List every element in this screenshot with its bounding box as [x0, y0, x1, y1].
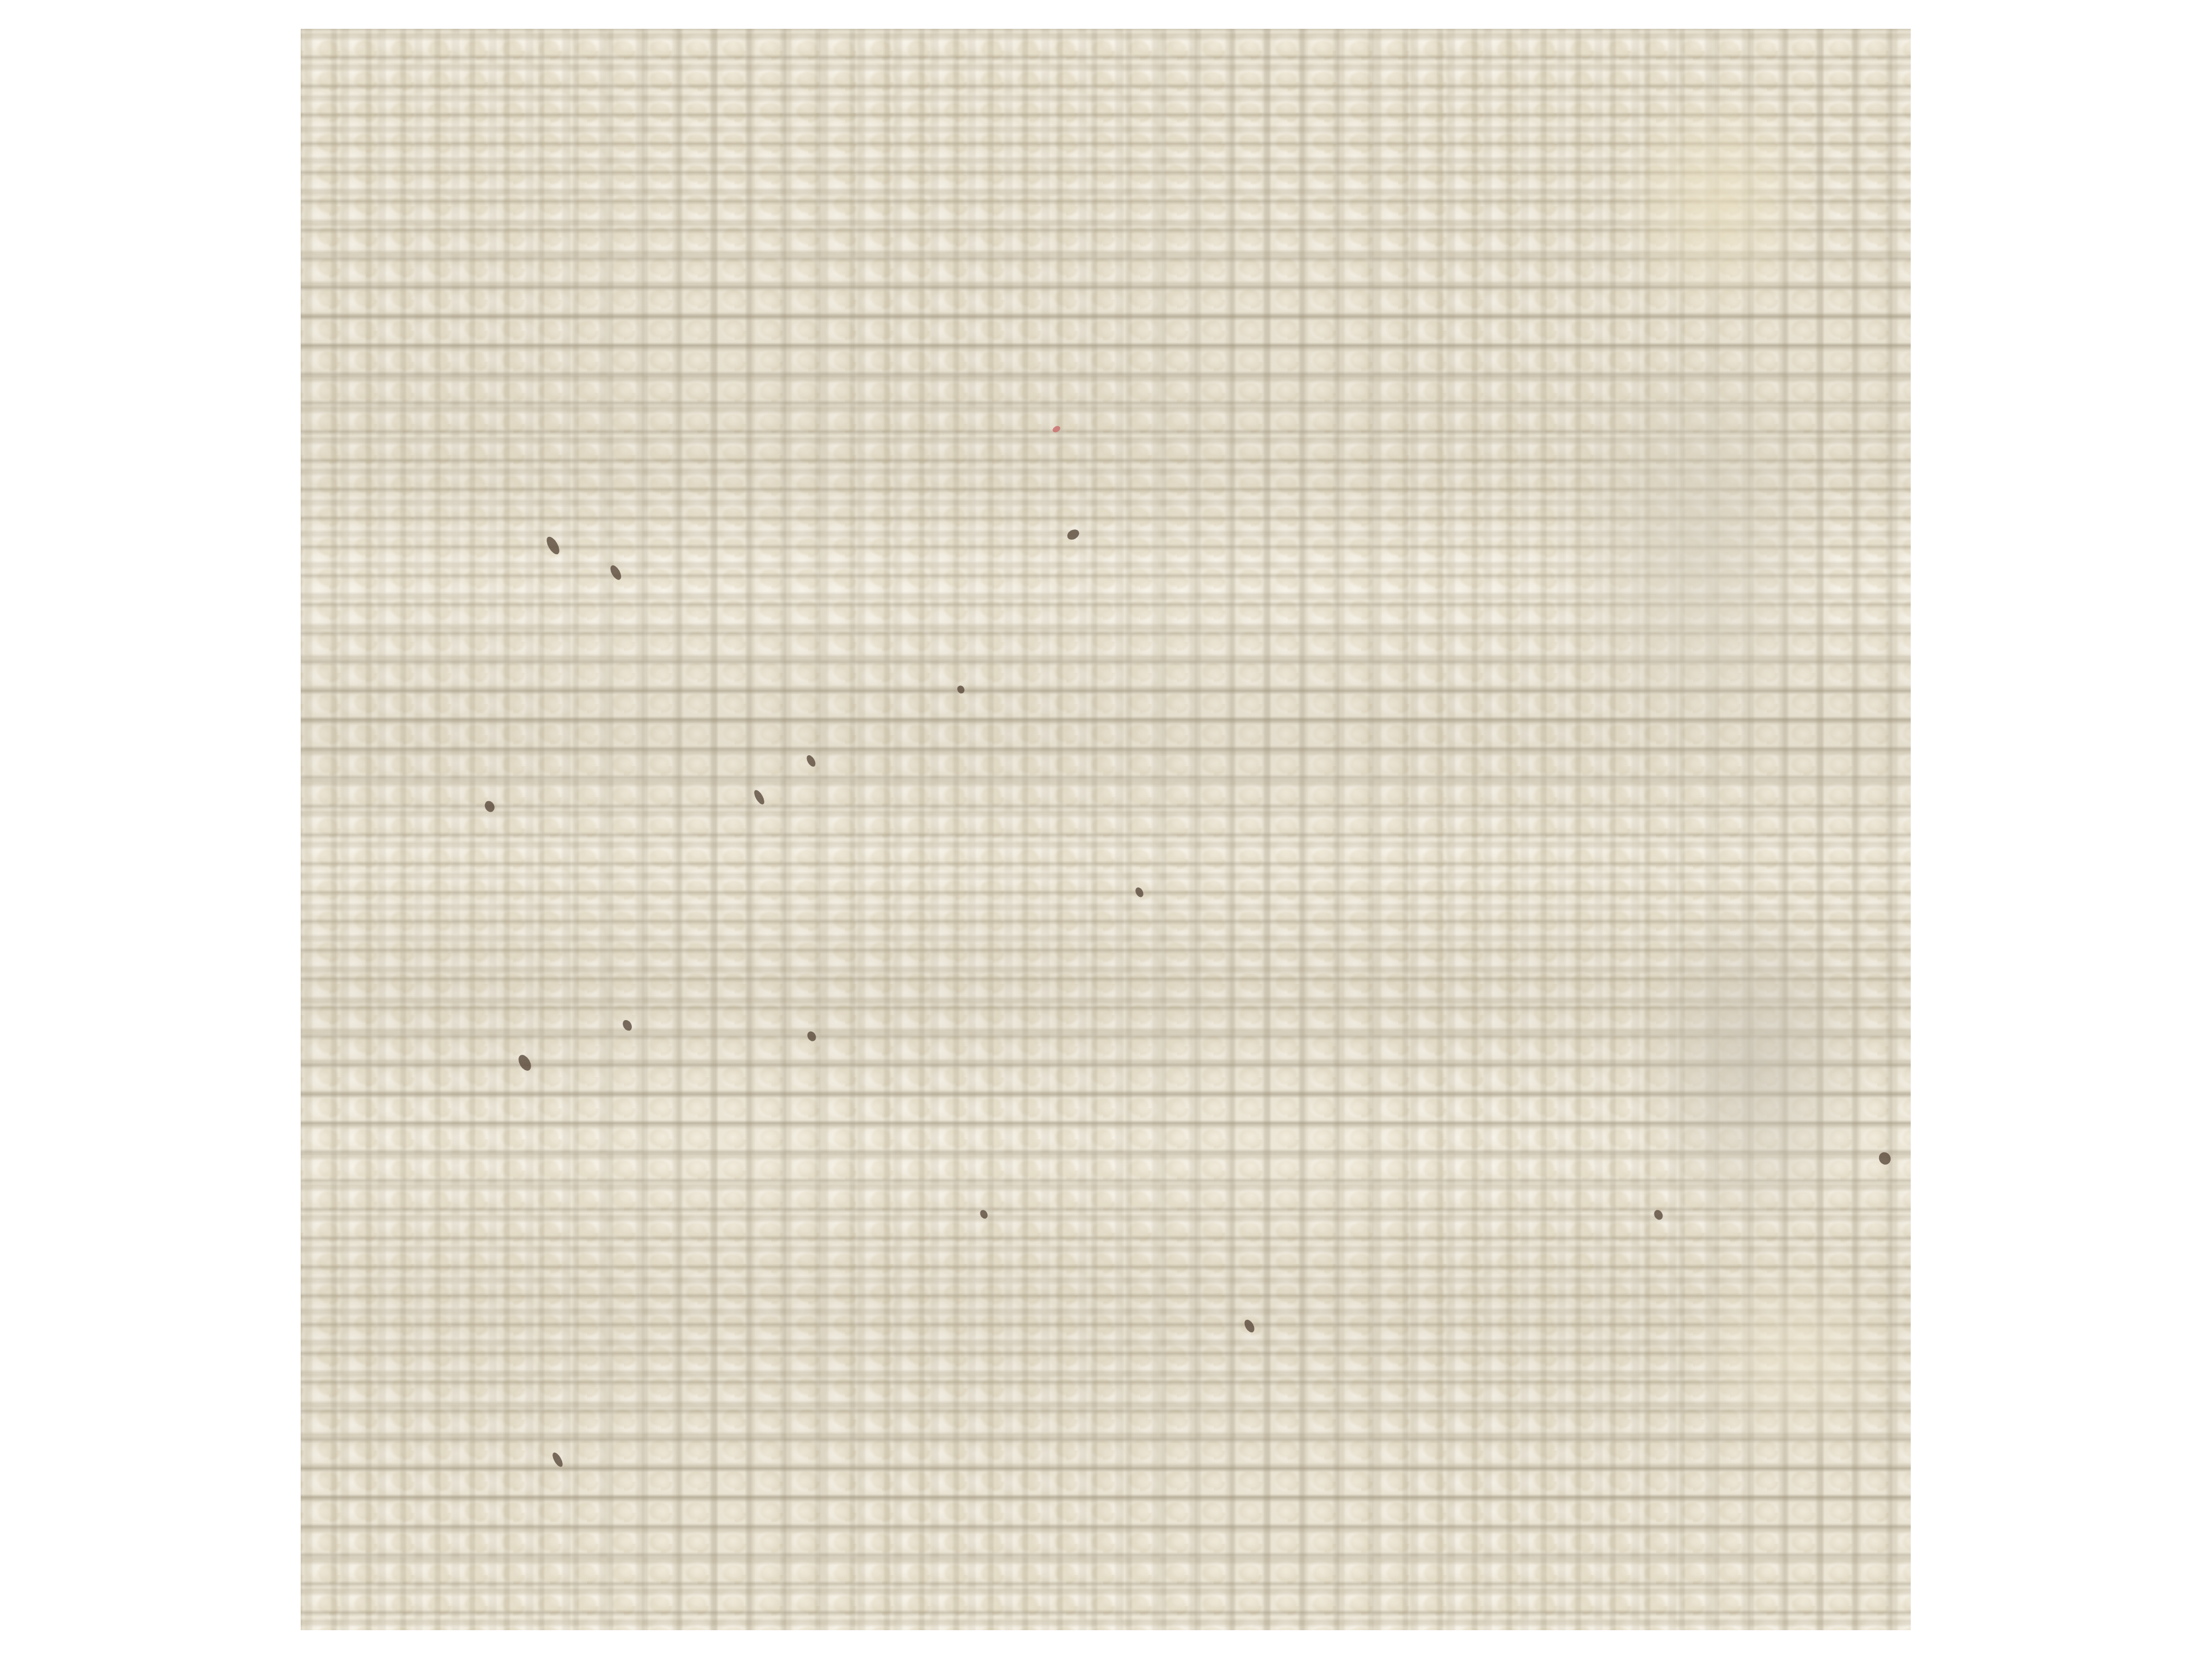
- mottled-light-region: [1395, 29, 1911, 1630]
- rug-texture-swatch: [301, 29, 1911, 1630]
